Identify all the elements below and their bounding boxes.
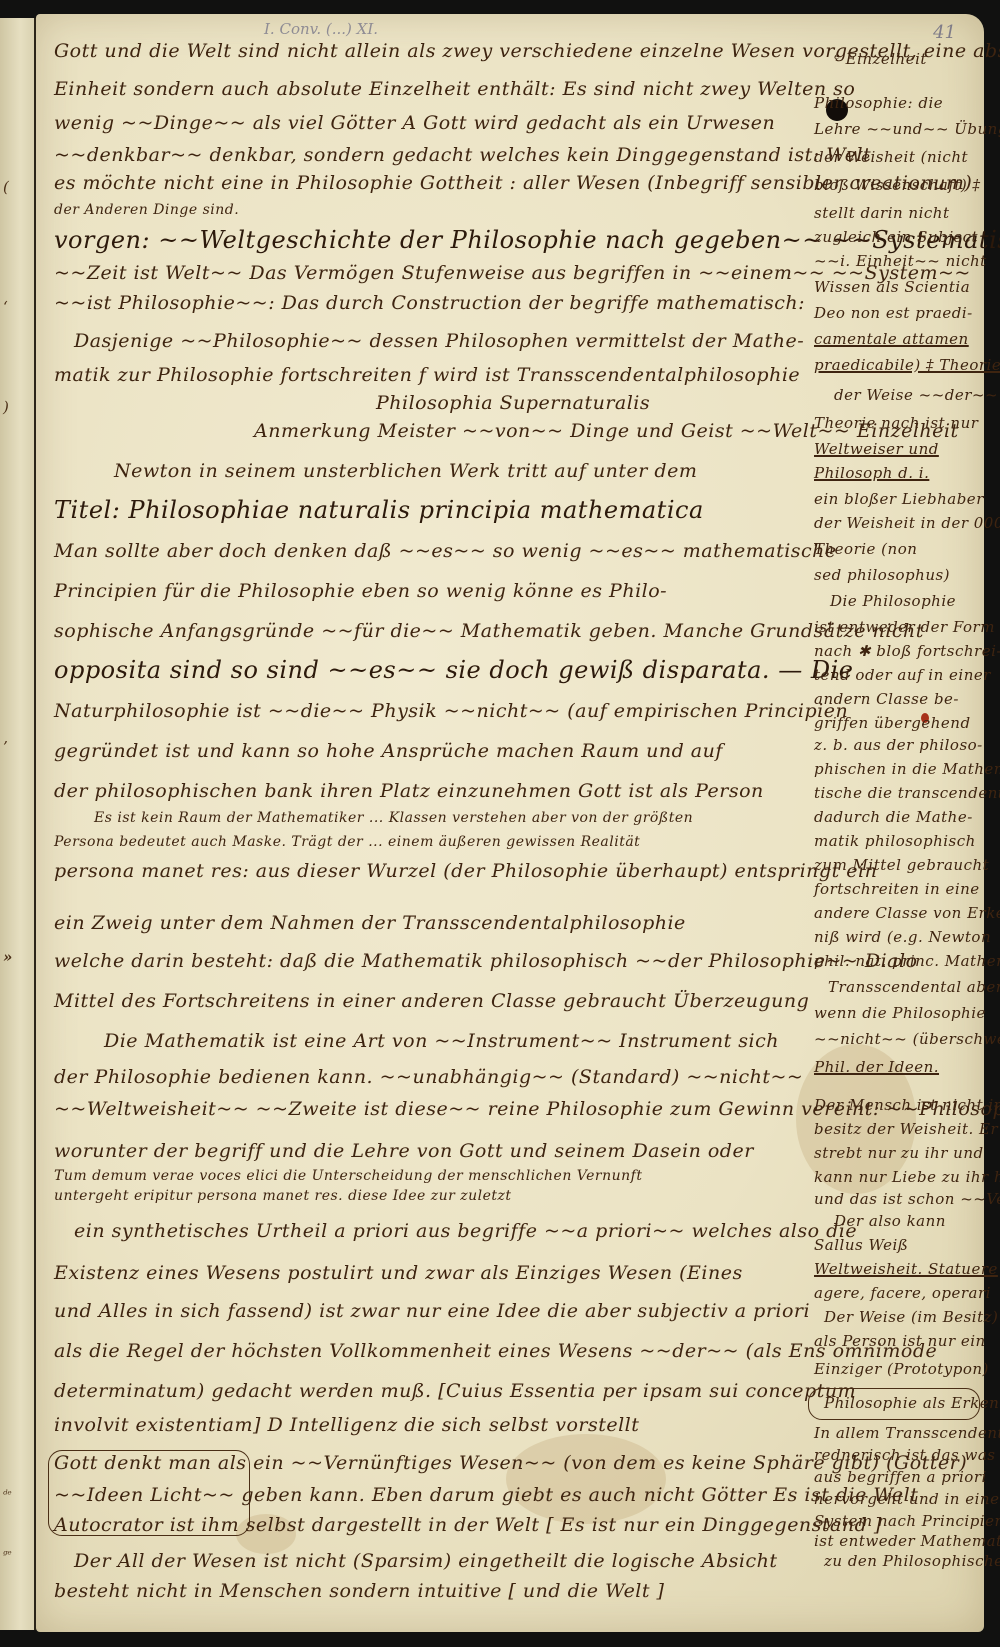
margin-line: tische die transcendental <box>814 784 1000 802</box>
text-line: matik zur Philosophie fortschreiten f wi… <box>54 364 800 386</box>
text-line: sophische Anfangsgründe ~~für die~~ Math… <box>54 620 924 642</box>
margin-line: Die Philosophie <box>830 592 956 610</box>
margin-line: zu den Philosophischen <box>824 1552 1000 1570</box>
text-line: der Philosophie bedienen kann. ~~unabhän… <box>54 1066 803 1088</box>
margin-line: besitz der Weisheit. Er <box>814 1120 998 1138</box>
margin-line: Weltweisheit. Statuere <box>814 1260 998 1278</box>
text-line: worunter der begriff und die Lehre von G… <box>54 1140 754 1162</box>
margin-line: stellt darin nicht <box>814 204 949 222</box>
margin-line: Sallus Weiß <box>814 1236 908 1254</box>
text-line: opposita sind so sind ~~es~~ sie doch ge… <box>54 656 853 684</box>
margin-line: phil. nat. princ. Mathem) <box>814 952 1000 970</box>
fragment: ‘ <box>3 298 8 316</box>
main-text-column: Gott und die Welt sind nicht allein als … <box>54 14 814 1614</box>
text-line: Mittel des Fortschreitens in einer ander… <box>54 990 809 1012</box>
text-line: ~~Ideen Licht~~ geben kann. Eben darum g… <box>54 1484 918 1506</box>
text-line: ~~denkbar~~ denkbar, sondern gedacht wel… <box>54 144 871 166</box>
margin-line: Der Weise (im Besitz) <box>824 1308 998 1326</box>
text-line: welche darin besteht: daß die Mathematik… <box>54 950 918 972</box>
text-line: Existenz eines Wesens postulirt und zwar… <box>54 1262 743 1284</box>
fragment: ( <box>3 178 9 196</box>
margin-line: Philosophie: die <box>814 94 943 112</box>
margin-line: niß wird (e.g. Newton <box>814 928 991 946</box>
margin-line: z. b. aus der philoso- <box>814 736 983 754</box>
right-margin-notes: ᵉ Einzelheit Philosophie: die Lehre ~~un… <box>814 14 984 1614</box>
margin-line: Theorie (non <box>814 540 917 558</box>
margin-line: agere, facere, operari <box>814 1284 991 1302</box>
text-line: Persona bedeutet auch Maske. Trägt der .… <box>54 834 640 850</box>
margin-line: andere Classe von Erkennt- <box>814 904 1000 922</box>
text-line: Newton in seinem unsterblichen Werk trit… <box>114 460 697 482</box>
margin-line: Philosoph d. i. <box>814 464 929 482</box>
text-line: Dasjenige ~~Philosophie~~ dessen Philoso… <box>74 330 804 352</box>
margin-line: dadurch die Mathe- <box>814 808 973 826</box>
margin-line: tend oder auf in einer <box>814 666 991 684</box>
margin-line: fortschreiten in eine <box>814 880 980 898</box>
text-line: Principien für die Philosophie eben so w… <box>54 580 667 602</box>
margin-line: und das ist schon ~~Verdienst~~ genug <box>814 1190 1000 1208</box>
margin-line: camentale attamen <box>814 330 969 348</box>
text-line: der philosophischen bank ihren Platz ein… <box>54 780 764 802</box>
margin-line: ein bloßer Liebhaber <box>814 490 984 508</box>
margin-line: Wissen als Scientia <box>814 278 970 296</box>
margin-line: Philosophie als Erkenntniß <box>824 1394 1000 1412</box>
text-line: Die Mathematik ist eine Art von ~~Instru… <box>104 1030 779 1052</box>
fragment: ᵍᵉ <box>3 1548 12 1561</box>
text-line: Der All der Wesen ist nicht (Sparsim) ei… <box>74 1550 778 1572</box>
margin-line: nach ✱ bloß fortschrei- <box>814 642 1000 660</box>
margin-line: ~~i. Einheit~~ nicht <box>814 252 987 270</box>
text-line: Autocrator ist ihm selbst dargestellt in… <box>54 1514 882 1536</box>
margin-line: Der Mensch ist nicht im <box>814 1096 1000 1114</box>
margin-line: Lehre ~~und~~ Übung <box>814 120 1000 138</box>
margin-line: bloß Wissenschaft) ‡ <box>814 176 981 194</box>
text-line: wenig ~~Dinge~~ als viel Götter A Gott w… <box>54 112 775 134</box>
margin-line: aus begriffen a priori <box>814 1468 987 1486</box>
margin-line: strebt nur zu ihr und <box>814 1144 984 1162</box>
margin-line: sed philosophus) <box>814 566 950 584</box>
text-line: ein synthetisches Urtheil a priori aus b… <box>74 1220 857 1242</box>
margin-line: ist entweder Mathematik Hülfe <box>814 1532 1000 1550</box>
margin-line: Einziger (Prototypon) <box>814 1360 989 1378</box>
text-line: Tum demum verae voces elici die Untersch… <box>54 1168 642 1184</box>
margin-line: zugleich ein Subject <box>814 228 978 246</box>
text-line: und Alles in sich fassend) ist zwar nur … <box>54 1300 810 1322</box>
margin-line: hervorgeht und in einem <box>814 1490 1000 1508</box>
margin-line: ᵉ Einzelheit <box>834 50 927 68</box>
margin-line: Deo non est praedi- <box>814 304 973 322</box>
text-line: Es ist kein Raum der Mathematiker ... Kl… <box>94 810 693 826</box>
previous-page-edge: ( ‘ ) ’ » ᵈᵉ ᵍᵉ <box>0 18 36 1630</box>
fragment: ) <box>3 398 9 416</box>
text-line: Naturphilosophie ist ~~die~~ Physik ~~ni… <box>54 700 848 722</box>
text-line: besteht nicht in Menschen sondern intuit… <box>54 1580 664 1602</box>
margin-line: System nach Principien <box>814 1512 1000 1530</box>
text-line: ~~ist Philosophie~~: Das durch Construct… <box>54 292 805 314</box>
margin-line: der Weisheit (nicht <box>814 148 968 166</box>
margin-line: rednerisch ist das was <box>814 1446 995 1464</box>
text-line: persona manet res: aus dieser Wurzel (de… <box>54 860 877 882</box>
margin-line: Weltweiser und <box>814 440 939 458</box>
margin-line: ist entweder der Form <box>814 618 995 636</box>
margin-line: matik philosophisch <box>814 832 976 850</box>
fragment: ᵈᵉ <box>3 1488 12 1501</box>
margin-line: zum Mittel gebraucht <box>814 856 989 874</box>
fragment: ’ <box>3 738 8 756</box>
text-line: Einheit sondern auch absolute Einzelheit… <box>54 78 855 100</box>
margin-line: als Person ist nur ein <box>814 1332 986 1350</box>
margin-line: kann nur Liebe zu ihr haben <box>814 1168 1000 1186</box>
margin-line: der Weise ~~der~~ <box>834 386 998 404</box>
margin-line: der Weisheit in der 00005 <box>814 514 1000 532</box>
margin-line: Phil. der Ideen. <box>814 1058 939 1076</box>
heading-philosophia-supernaturalis: Philosophia Supernaturalis <box>376 392 650 414</box>
margin-line: andern Classe be- <box>814 690 959 708</box>
margin-line: Transscendental aber <box>828 978 1000 996</box>
title-philosophiae-naturalis: Titel: Philosophiae naturalis principia … <box>54 496 704 524</box>
text-line: determinatum) gedacht werden muß. [Cuius… <box>54 1380 856 1402</box>
margin-line: griffen übergehend <box>814 714 971 732</box>
text-line: untergeht eripitur persona manet res. di… <box>54 1188 512 1204</box>
text-line: gegründet ist und kann so hohe Ansprüche… <box>54 740 723 762</box>
margin-line: wenn die Philosophie <box>814 1004 986 1022</box>
margin-line: Theorie nach ist nur <box>814 414 978 432</box>
margin-line: ~~nicht~~ (überschwenglich) <box>814 1030 1000 1048</box>
manuscript-sheet: I. Conv. (...) XI. 41 Gott und die Welt … <box>36 14 984 1632</box>
text-line: involvit existentiam] D Intelligenz die … <box>54 1414 639 1436</box>
text-line: als die Regel der höchsten Vollkommenhei… <box>54 1340 937 1362</box>
margin-line: phischen in die Mathema- <box>814 760 1000 778</box>
margin-line: praedicabile) ‡ Theorie <box>814 356 1000 374</box>
text-line: Man sollte aber doch denken daß ~~es~~ s… <box>54 540 837 562</box>
text-line: der Anderen Dinge sind. <box>54 202 239 218</box>
margin-line: Der also kann <box>834 1212 946 1230</box>
fragment: » <box>3 948 12 966</box>
margin-line: In allem Transscendental <box>814 1424 1000 1442</box>
text-line: ein Zweig unter dem Nahmen der Transscen… <box>54 912 686 934</box>
